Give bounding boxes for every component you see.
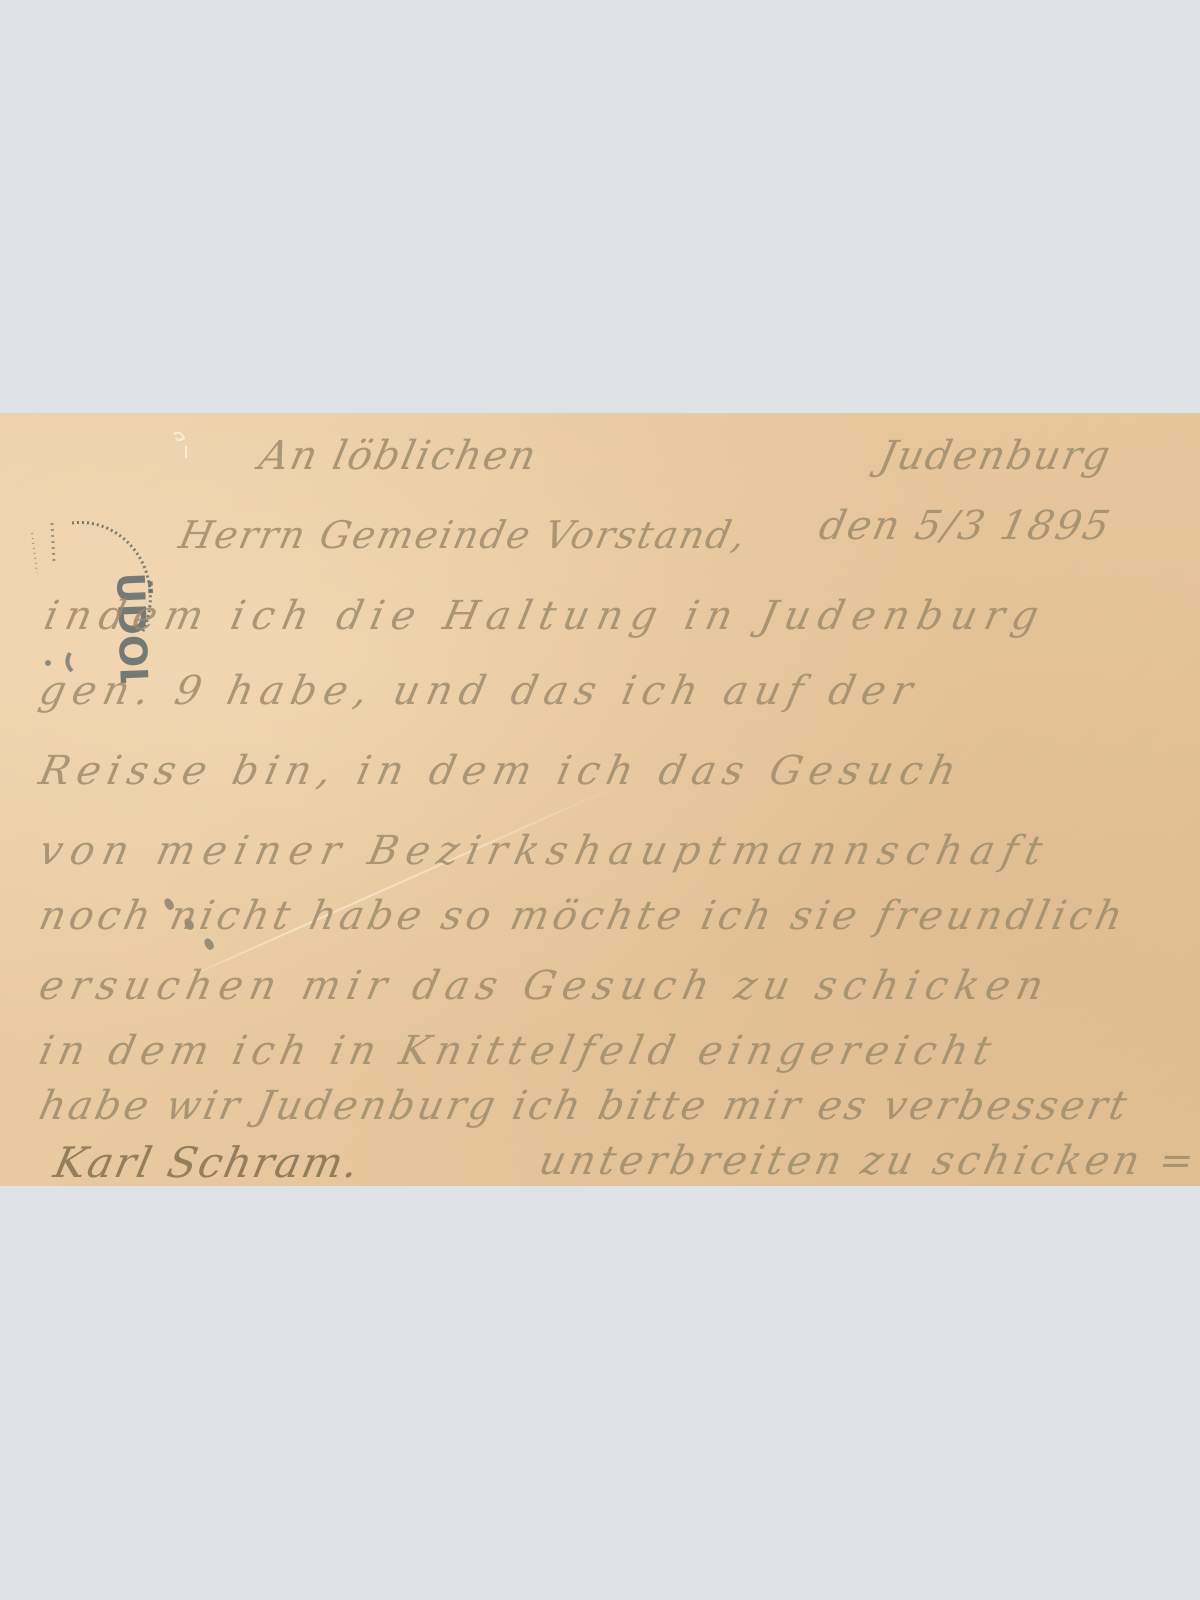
salutation-line-2: Herrn Gemeinde Vorstand, — [175, 513, 751, 557]
body-line-5: noch nicht habe so möchte ich sie freund… — [35, 893, 1130, 939]
paper-blemish-icon — [168, 428, 198, 468]
image-viewer: ÜDOL An löblichen Judenburg Herrn Gemein… — [0, 0, 1200, 1600]
closing-line: unterbreiten zu schicken = — [535, 1138, 1200, 1184]
signature: Karl Schram. — [50, 1138, 365, 1186]
body-line-3: Reisse bin, in dem ich das Gesuch — [35, 748, 967, 794]
body-line-4: von meiner Bezirkshauptmannschaft — [35, 828, 1054, 874]
body-line-2: gen. 9 habe, und das ich auf der — [35, 668, 923, 714]
body-line-6: ersuchen mir das Gesuch zu schicken — [35, 963, 1054, 1009]
body-line-7: in dem ich in Knittelfeld eingereicht — [35, 1028, 1001, 1074]
salutation-line-1: An löblichen — [255, 433, 542, 479]
body-line-8: habe wir Judenburg ich bitte mir es verb… — [35, 1083, 1134, 1129]
place-name: Judenburg — [875, 433, 1116, 479]
body-line-1: indem ich die Haltung in Judenburg — [40, 593, 1050, 639]
date: den 5/3 1895 — [815, 503, 1115, 549]
postcard: ÜDOL An löblichen Judenburg Herrn Gemein… — [0, 413, 1200, 1186]
